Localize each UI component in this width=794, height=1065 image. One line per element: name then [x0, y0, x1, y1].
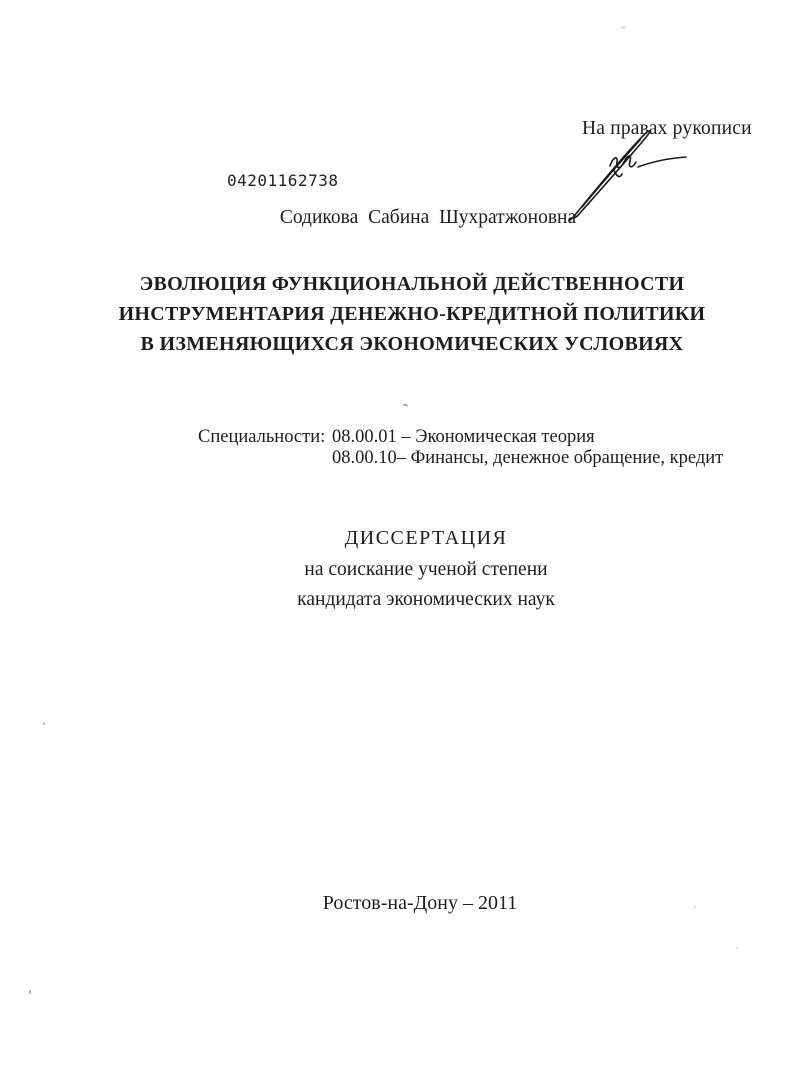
title-line-1: ЭВОЛЮЦИЯ ФУНКЦИОНАЛЬНОЙ ДЕЙСТВЕННОСТИ — [67, 269, 757, 299]
registration-number-stamp: 04201162738 — [227, 171, 338, 190]
scan-speck — [694, 906, 696, 908]
work-type-heading: ДИССЕРТАЦИЯ — [56, 527, 794, 550]
dissertation-title-page: На правах рукописи 04201162738 Содикова … — [0, 0, 794, 1065]
author-name: Содикова Сабина Шухратжоновна — [248, 207, 608, 229]
scan-speck — [403, 403, 408, 406]
degree-name-line: кандидата экономических наук — [56, 589, 794, 611]
dissertation-title: ЭВОЛЮЦИЯ ФУНКЦИОНАЛЬНОЙ ДЕЙСТВЕННОСТИ ИН… — [67, 269, 757, 359]
title-line-3: В ИЗМЕНЯЮЩИХСЯ ЭКОНОМИЧЕСКИХ УСЛОВИЯХ — [67, 329, 757, 359]
scan-speck — [736, 947, 738, 949]
city-and-year: Ростов-на-Дону – 2011 — [46, 892, 794, 915]
specialties-label: Специальности: — [198, 427, 325, 448]
degree-pursuit-line: на соискание ученой степени — [56, 559, 794, 581]
scan-speck — [43, 722, 45, 725]
scan-speck — [29, 990, 32, 994]
scan-speck — [621, 26, 626, 29]
specialty-item-1: 08.00.01 – Экономическая теория — [332, 427, 595, 448]
specialty-item-2: 08.00.10– Финансы, денежное обращение, к… — [332, 448, 723, 469]
title-line-2: ИНСТРУМЕНТАРИЯ ДЕНЕЖНО-КРЕДИТНОЙ ПОЛИТИК… — [67, 299, 757, 329]
